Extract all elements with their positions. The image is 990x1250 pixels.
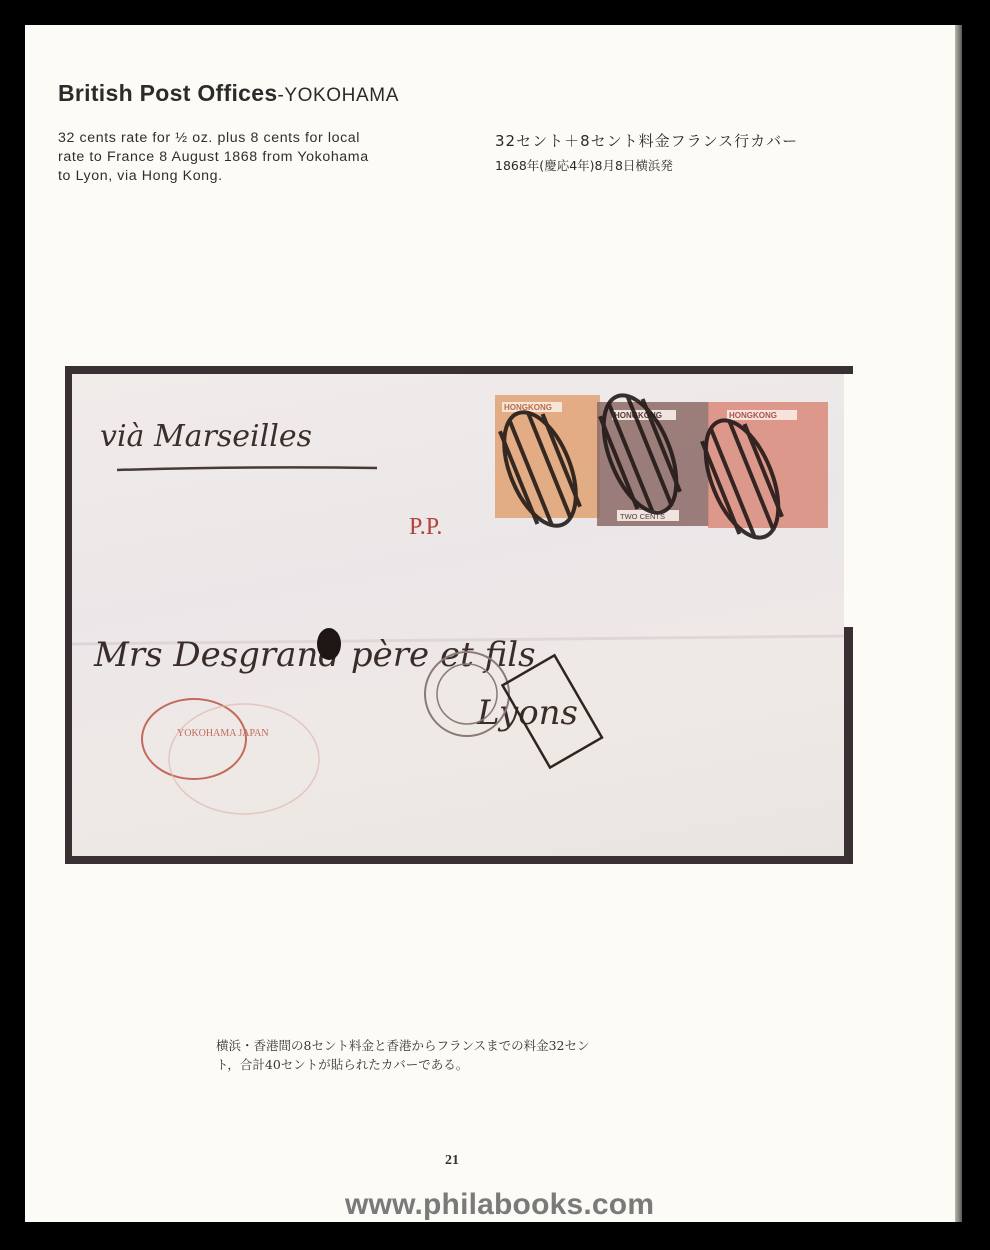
page-title: British Post Offices-YOKOHAMA [58, 80, 399, 107]
japanese-title: 32セント＋8セント料金フランス行カバー [495, 130, 798, 151]
address-line-1: Mrs Desgrand père et fils [93, 635, 536, 675]
japanese-caption: 横浜・香港間の8セント料金と香港からフランスまでの料金32セン ト，合計40セン… [216, 1036, 590, 1074]
pp-handstamp: P.P. [409, 514, 442, 540]
watermark-url: www.philabooks.com [345, 1188, 654, 1222]
title-sub: -YOKOHAMA [277, 85, 399, 106]
cover-right-edge [844, 374, 854, 627]
description-line: to Lyon, via Hong Kong. [58, 167, 458, 186]
red-yokohama-cds [142, 699, 246, 779]
cover-illustration: vià Marseilles P.P. HONGKONG HONGKONG TW… [72, 374, 844, 856]
description-line: rate to France 8 August 1868 from Yokoha… [58, 148, 458, 167]
svg-text:HONGKONG: HONGKONG [729, 411, 777, 420]
route-note: vià Marseilles [100, 419, 312, 454]
postal-cover-image: vià Marseilles P.P. HONGKONG HONGKONG TW… [72, 374, 844, 856]
page-number: 21 [445, 1153, 459, 1169]
caption-line: ト，合計40セントが貼られたカバーである。 [216, 1055, 590, 1074]
page-edge-shadow [955, 25, 962, 1222]
caption-line: 横浜・香港間の8セント料金と香港からフランスまでの料金32セン [216, 1036, 590, 1055]
description-line: 32 cents rate for ½ oz. plus 8 cents for… [58, 129, 458, 148]
svg-text:YOKOHAMA JAPAN: YOKOHAMA JAPAN [177, 728, 269, 739]
english-description: 32 cents rate for ½ oz. plus 8 cents for… [58, 129, 458, 186]
japanese-date: 1868年(慶応4年)8月8日横浜発 [495, 156, 673, 174]
title-main: British Post Offices [58, 80, 277, 106]
